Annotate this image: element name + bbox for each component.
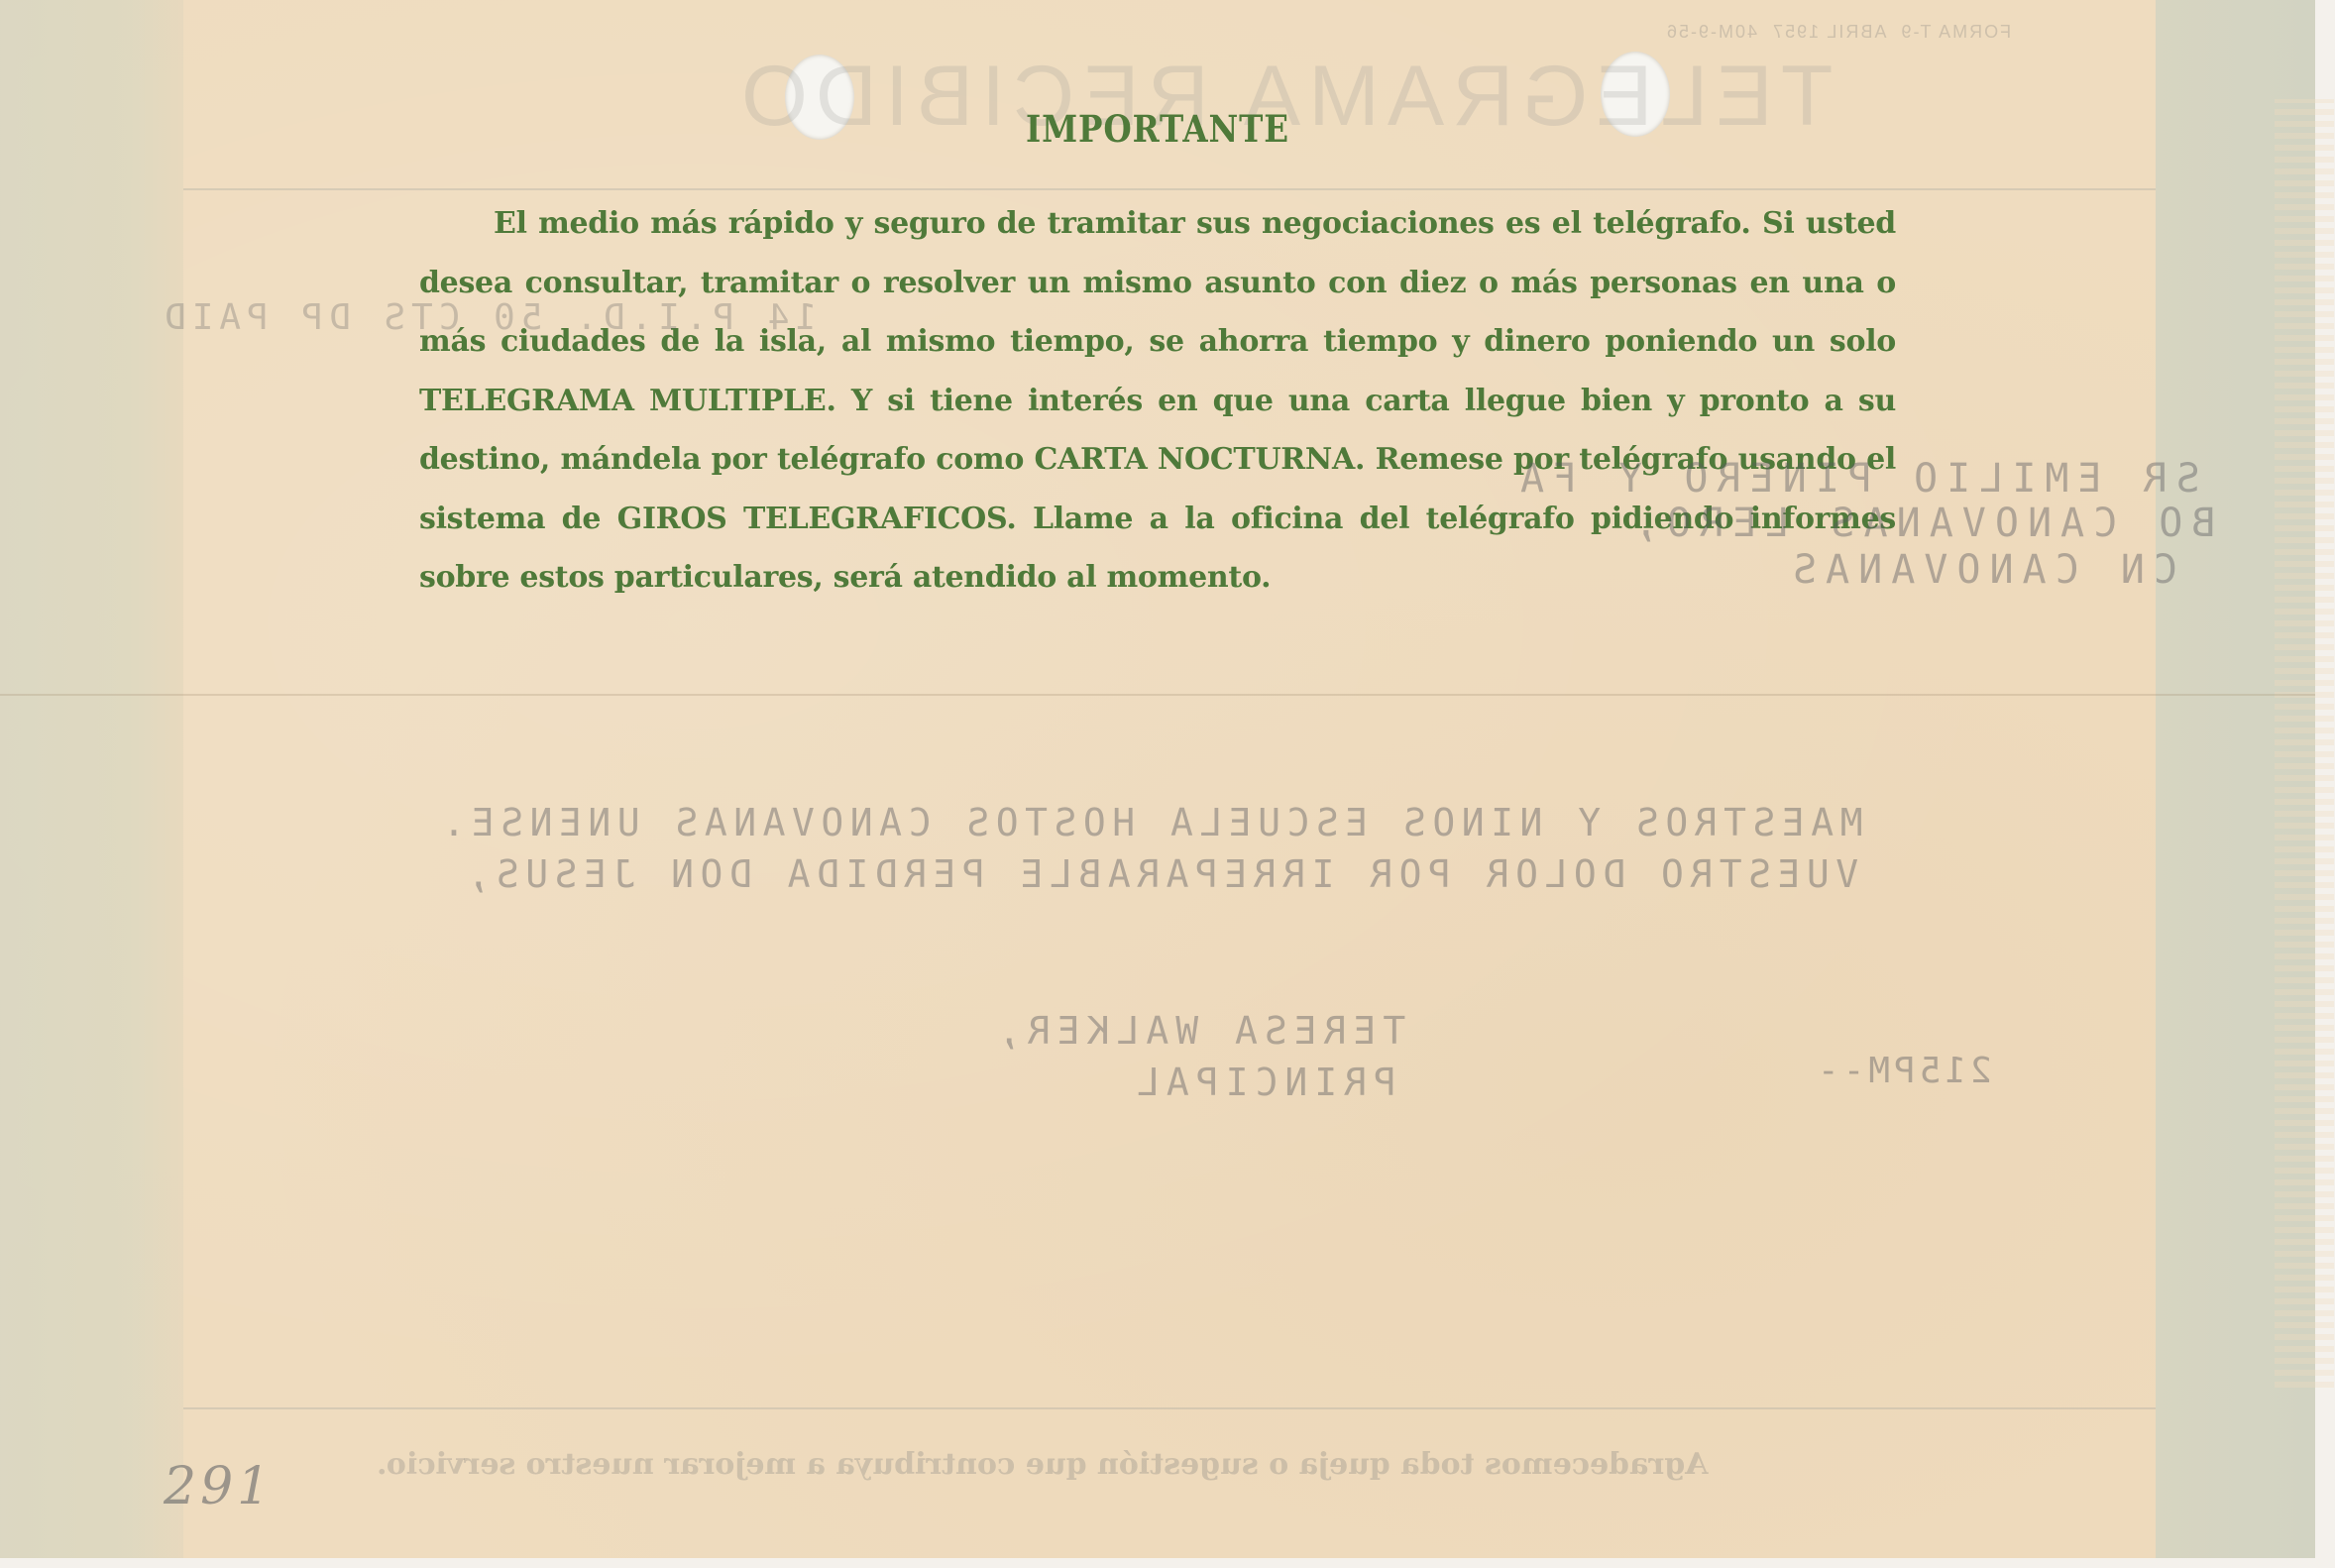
- ghost-form-code: FORMA T-9 ABRIL 1957 40M-9-56: [1665, 22, 2011, 43]
- ghost-address-line-2: BO CANOVANAS LERO,: [1625, 501, 2215, 546]
- right-margin-band: [2156, 0, 2315, 1558]
- important-heading: IMPORTANTE: [139, 107, 2176, 151]
- handwritten-page-number: 291: [164, 1457, 274, 1516]
- fold-crease: [0, 694, 2315, 696]
- ghost-message-line-1: MAESTROS Y NINOS ESCUELA HOSTOS CANOVANA…: [436, 801, 1863, 844]
- ghost-time: 215PM--: [1814, 1051, 1992, 1091]
- ghost-stamp-line: 14 P.I.D. 50 CTS DP PAID: [159, 297, 817, 338]
- ghost-signature-name: TERESA WALKER,: [991, 1009, 1405, 1053]
- telegram-sheet: FORMA T-9 ABRIL 1957 40M-9-56 TELEGRAMA …: [0, 0, 2315, 1558]
- ghost-address-line-1: SR EMILIO PINERO Y FA: [1511, 456, 2200, 502]
- ghost-address-line-3: CN CANOVANAS: [1784, 547, 2177, 593]
- ghost-message-line-2: VUESTRO DOLOR POR IRREPARABLE PERDIDA DO…: [461, 852, 1858, 896]
- ghost-footer-text: Agradecemos toda queja o sugestión que c…: [377, 1447, 1709, 1482]
- ghost-rule-bottom: [183, 1407, 2156, 1409]
- right-band-ghost-print: [2275, 99, 2334, 1388]
- ghost-rule-top: [183, 188, 2156, 190]
- left-margin-band: [0, 0, 183, 1558]
- ghost-signature-title: PRINCIPAL: [1130, 1061, 1396, 1104]
